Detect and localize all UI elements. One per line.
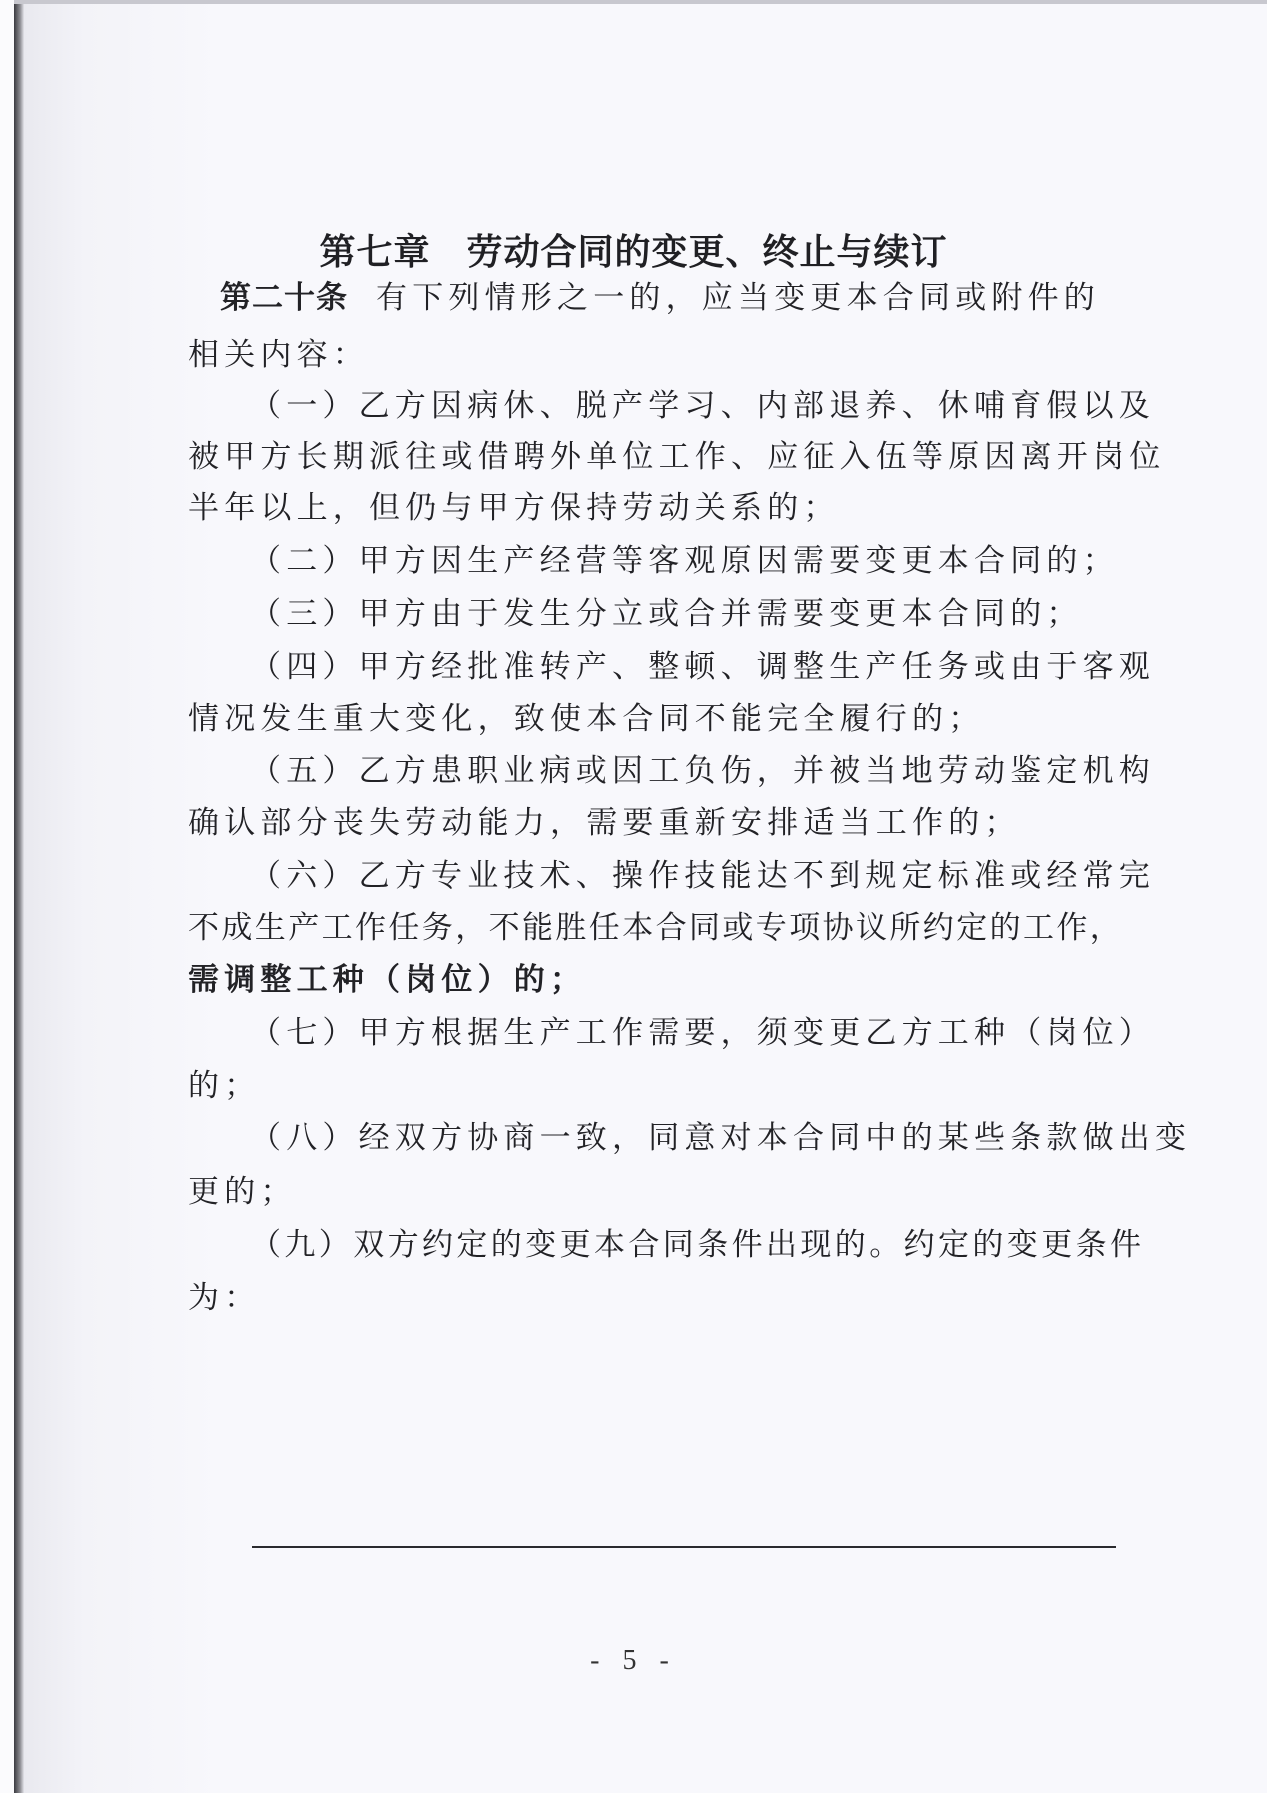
chapter-title: 第七章劳动合同的变更、终止与续订: [0, 224, 1267, 275]
item-7-line-1: （七）甲方根据生产工作需要，须变更乙方工种（岗位）: [250, 1013, 1175, 1053]
item-1-line-1: （一）乙方因病休、脱产学习、内部退养、休哺育假以及: [250, 386, 1175, 426]
item-4-line-1: （四）甲方经批准转产、整顿、调整生产任务或由于客观: [250, 647, 1175, 687]
item-8-line-1: （八）经双方协商一致，同意对本合同中的某些条款做出变: [250, 1118, 1175, 1158]
blank-fill-line: [252, 1546, 1116, 1548]
item-9-line-1: （九）双方约定的变更本合同条件出现的。约定的变更条件: [250, 1225, 1175, 1265]
chapter-heading: 劳动合同的变更、终止与续订: [467, 232, 948, 273]
item-1-line-2: 被甲方长期派往或借聘外单位工作、应征入伍等原因离开岗位: [188, 437, 1113, 477]
item-6-line-3: 需调整工种（岗位）的；: [188, 960, 1113, 1000]
item-3-line-1: （三）甲方由于发生分立或合并需要变更本合同的；: [250, 594, 1175, 634]
item-6-line-2: 不成生产工作任务，不能胜任本合同或专项协议所约定的工作，: [188, 908, 1113, 948]
item-8-line-2: 更的；: [188, 1172, 1113, 1212]
item-5-line-1: （五）乙方患职业病或因工负伤，并被当地劳动鉴定机构: [250, 751, 1175, 791]
item-9-line-2: 为：: [188, 1278, 1113, 1318]
item-2-line-1: （二）甲方因生产经营等客观原因需要变更本合同的；: [250, 541, 1175, 581]
page-number: - 5 -: [0, 1645, 1267, 1677]
article-intro: 第二十条有下列情形之一的，应当变更本合同或附件的: [220, 278, 1145, 318]
article-intro-continuation: 相关内容：: [188, 335, 1113, 375]
item-1-line-3: 半年以上，但仍与甲方保持劳动关系的；: [188, 488, 1113, 528]
article-number: 第二十条: [220, 280, 348, 316]
item-5-line-2: 确认部分丧失劳动能力，需要重新安排适当工作的；: [188, 803, 1113, 843]
item-6-line-1: （六）乙方专业技术、操作技能达不到规定标准或经常完: [250, 856, 1175, 896]
item-4-line-2: 情况发生重大变化，致使本合同不能完全履行的；: [188, 699, 1113, 739]
item-7-line-2: 的；: [188, 1066, 1113, 1106]
article-intro-text: 有下列情形之一的，应当变更本合同或附件的: [376, 280, 1100, 316]
chapter-number: 第七章: [319, 232, 430, 273]
